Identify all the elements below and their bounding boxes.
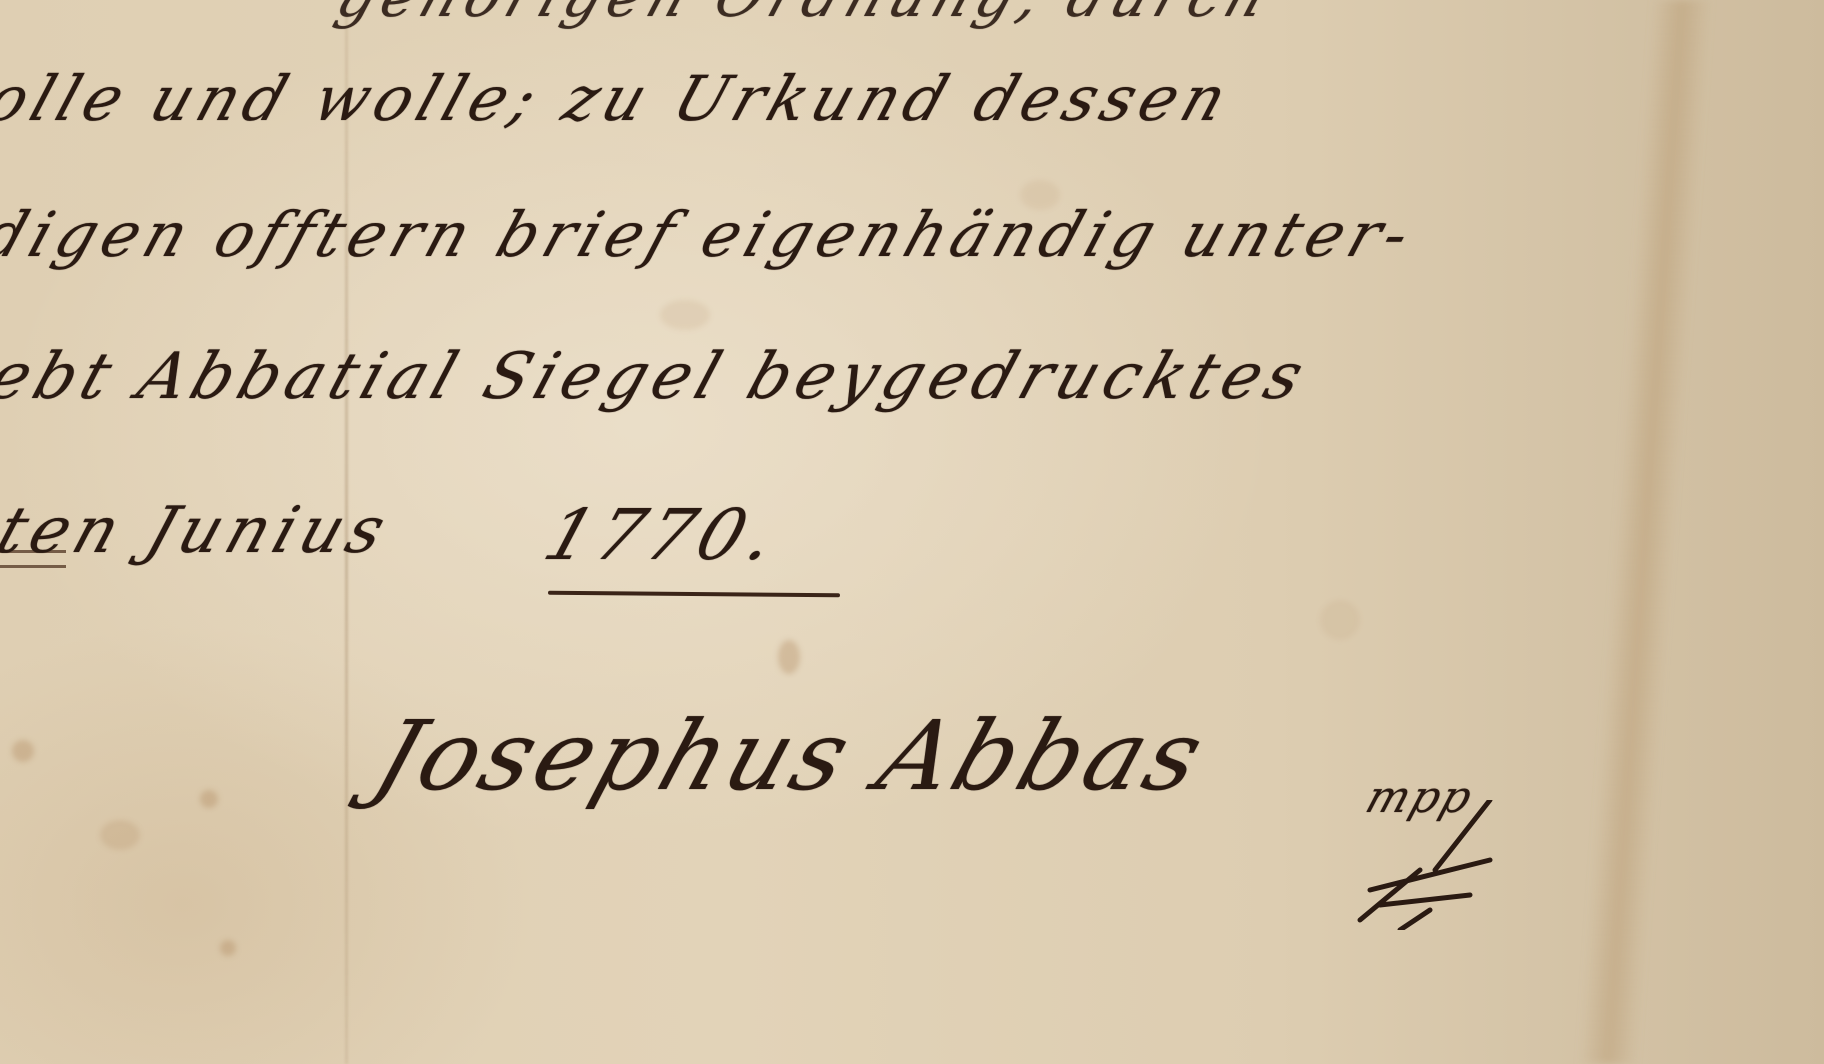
date-underline xyxy=(548,591,840,598)
foxing-spot xyxy=(12,740,34,762)
foxing-spot xyxy=(660,300,710,330)
foxing-spot xyxy=(220,940,236,956)
text-line-4: ebt Abbatial Siegel beygedrucktes xyxy=(0,340,1318,414)
signature-flourish-icon xyxy=(1340,800,1520,930)
foxing-spot xyxy=(200,790,218,808)
foxing-spot xyxy=(778,640,800,674)
signature-name: Josephus Abbas xyxy=(362,700,1220,812)
foxing-spot xyxy=(100,820,140,850)
document-page: gehörigen Ordnung, durch olle und wolle;… xyxy=(0,0,1824,1064)
text-line-5: ten Junius xyxy=(0,494,400,568)
water-stain-line xyxy=(1578,0,1712,1064)
date-year: 1770. xyxy=(535,494,792,576)
text-line-1: gehörigen Ordnung, durch xyxy=(329,0,1283,30)
foxing-spot xyxy=(1320,600,1360,640)
text-line-3: digen offtern brief eigenhändig unter- xyxy=(0,198,1425,271)
text-line-2: olle und wolle; zu Urkund dessen xyxy=(0,62,1242,135)
